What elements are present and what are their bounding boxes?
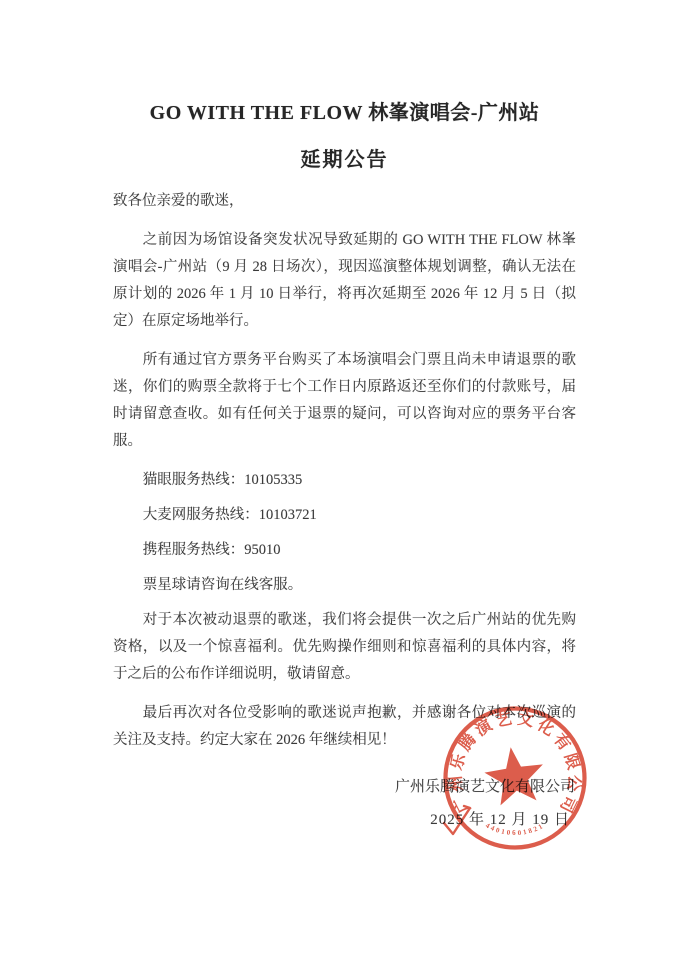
hotline-damai: 大麦网服务热线：10103721 xyxy=(113,502,576,529)
announcement-page: GO WITH THE FLOW 林峯演唱会-广州站 延期公告 致各位亲爱的歌迷… xyxy=(0,0,690,976)
body-text: 致各位亲爱的歌迷， 之前因为场馆设备突发状况导致延期的 GO WITH THE … xyxy=(113,188,576,754)
page-title: GO WITH THE FLOW 林峯演唱会-广州站 xyxy=(113,100,576,126)
greeting-line: 致各位亲爱的歌迷， xyxy=(113,188,576,215)
paragraph-refund: 所有通过官方票务平台购买了本场演唱会门票且尚未申请退票的歌迷，你们的购票全款将于… xyxy=(113,347,576,455)
seal-star-icon xyxy=(481,743,547,807)
seal-serial-number: 44010601821 xyxy=(484,821,546,837)
svg-text:44010601821: 44010601821 xyxy=(484,821,546,837)
company-seal-stamp: 广州乐腾演艺文化有限公司 44010601821 xyxy=(430,693,600,863)
document-body: GO WITH THE FLOW 林峯演唱会-广州站 延期公告 致各位亲爱的歌迷… xyxy=(113,100,576,766)
hotline-piaoxingqiu: 票星球请咨询在线客服。 xyxy=(113,572,576,599)
page-subtitle: 延期公告 xyxy=(113,148,576,172)
hotline-maoyan: 猫眼服务热线：10105335 xyxy=(113,467,576,494)
paragraph-benefits: 对于本次被动退票的歌迷，我们将会提供一次之后广州站的优先购资格，以及一个惊喜福利… xyxy=(113,607,576,688)
hotline-xiecheng: 携程服务热线：95010 xyxy=(113,537,576,564)
paragraph-postponement: 之前因为场馆设备突发状况导致延期的 GO WITH THE FLOW 林峯演唱会… xyxy=(113,227,576,335)
